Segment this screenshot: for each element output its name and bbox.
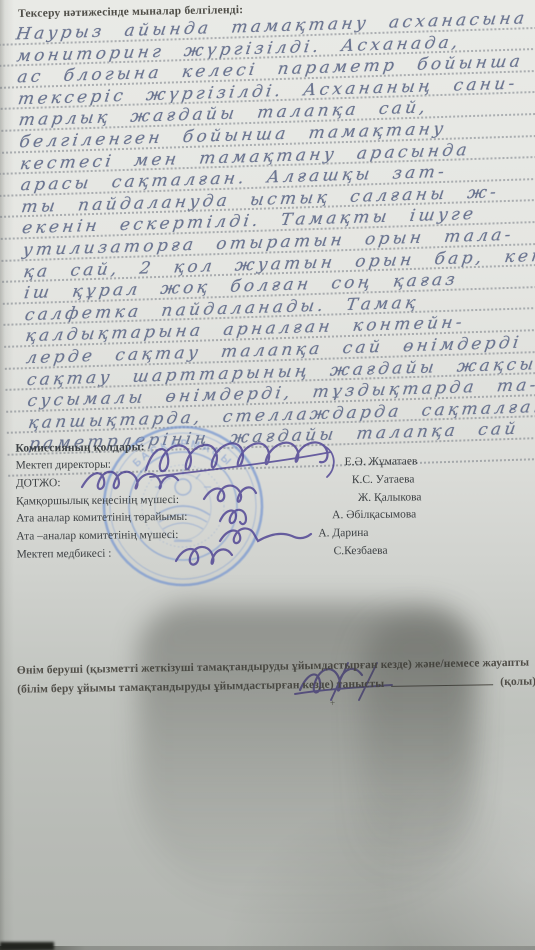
commission-signature-block: Комиссияның қолдары: Мектеп директоры: Е…: [15, 437, 516, 564]
member-role: ДОТЖО:: [16, 477, 61, 489]
desk-edge-corner: [0, 942, 54, 950]
member-role: Мектеп медбикесі :: [16, 548, 111, 561]
member-role: Мектеп директоры:: [16, 459, 111, 472]
desk-edge: [0, 946, 535, 950]
member-role: Ата –аналар комитетінің мүшесі:: [16, 529, 178, 543]
member-role: Қамқоршылық кеңесінің мүшесі:: [16, 494, 179, 508]
member-name: А. Дарина: [318, 525, 368, 543]
member-name: А. Әбілқасымова: [332, 507, 416, 526]
handwritten-text-block: Наурыз айында тамақтану асханасына монит…: [0, 6, 535, 477]
member-name: Е.Ә. Жұматаев: [345, 453, 418, 472]
member-name: К.С. Уатаева: [352, 471, 415, 489]
camera-shadow-right: [362, 618, 474, 880]
member-name: С.Кезбаева: [333, 543, 387, 561]
member-role: Ата аналар комитетінің төрайымы:: [16, 511, 187, 525]
footer-line2-suffix: (қолы): [500, 676, 535, 689]
member-name: Ж. Қалыкова: [358, 489, 422, 507]
